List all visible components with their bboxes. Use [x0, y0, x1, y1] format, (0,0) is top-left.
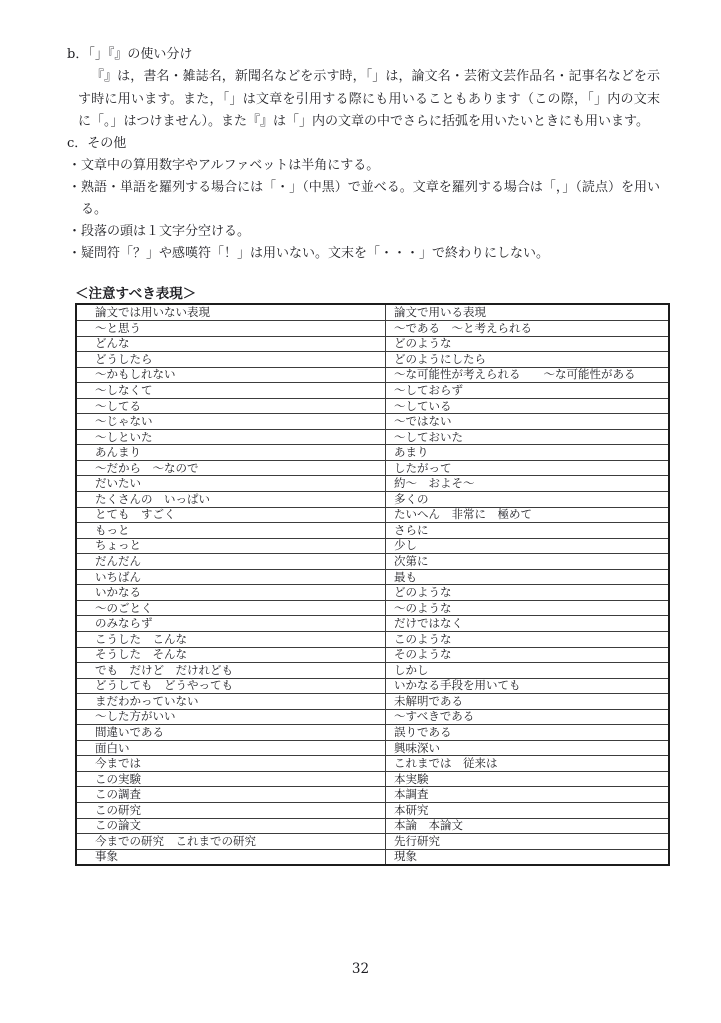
avoid-expression-cell: ～のごとく — [76, 600, 386, 616]
use-expression-cell: だけではなく — [386, 616, 670, 632]
avoid-expression-cell: どんな — [76, 336, 386, 352]
use-expression-cell: 多くの — [386, 492, 670, 508]
avoid-expression-cell: どうしても どうやっても — [76, 678, 386, 694]
use-expression-cell: ～な可能性が考えられる ～な可能性がある — [386, 367, 670, 383]
table-row: ～だから ～なのでしたがって — [76, 460, 669, 476]
use-expression-cell: このような — [386, 631, 670, 647]
section-b-paragraph: 『』は，書名・雑誌名，新聞名などを示す時，「」は，論文名・芸術文芸作品名・記事名… — [78, 66, 660, 133]
avoid-expression-cell: 事象 — [76, 849, 386, 865]
avoid-expression-cell: でも だけど だけれども — [76, 663, 386, 679]
table-row: この実験本実験 — [76, 771, 669, 787]
section-c-heading: c．その他 — [67, 133, 661, 155]
table-row: たくさんの いっぱい多くの — [76, 492, 669, 508]
avoid-expression-cell: たくさんの いっぱい — [76, 492, 386, 508]
bullet-item: ・疑問符「？」や感嘆符「！」は用いない。文末を「・・・」で終わりにしない。 — [68, 243, 660, 265]
avoid-expression-cell: だんだん — [76, 554, 386, 570]
table-row: いかなるどのような — [76, 585, 669, 601]
avoid-expression-cell: だいたい — [76, 476, 386, 492]
table-row: 面白い興味深い — [76, 740, 669, 756]
table-row: だいたい約～ およそ～ — [76, 476, 669, 492]
table-row: こうした こんなこのような — [76, 631, 669, 647]
use-expression-cell: ～である ～と考えられる — [386, 321, 670, 337]
bullet-item: ・熟語・単語を羅列する場合には「・」（中黒）で並べる。文章を羅列する場合は「，」… — [68, 177, 660, 221]
use-expression-cell: ～しておらず — [386, 383, 670, 399]
table-row: ～しなくて～しておらず — [76, 383, 669, 399]
use-expression-cell: したがって — [386, 460, 670, 476]
avoid-expression-cell: ちょっと — [76, 538, 386, 554]
table-row: この論文本論 本論文 — [76, 818, 669, 834]
table-row: ～した方がいい～すべきである — [76, 709, 669, 725]
use-expression-cell: ～ではない — [386, 414, 670, 430]
avoid-expression-cell: ～した方がいい — [76, 709, 386, 725]
table-row: ちょっと少し — [76, 538, 669, 554]
document-page: b．「」『』の使い分け 『』は，書名・雑誌名，新聞名などを示す時，「」は，論文名… — [0, 0, 721, 1023]
avoid-expression-cell: こうした こんな — [76, 631, 386, 647]
use-expression-cell: 誤りである — [386, 725, 670, 741]
table-row: 間違いである誤りである — [76, 725, 669, 741]
table-row: 今まではこれまでは 従来は — [76, 756, 669, 772]
use-expression-cell: どのような — [386, 585, 670, 601]
avoid-expression-cell: ～だから ～なので — [76, 460, 386, 476]
bullet-item: ・段落の頭は１文字分空ける。 — [68, 221, 660, 243]
avoid-expression-cell: この調査 — [76, 787, 386, 803]
section-b-heading: b．「」『』の使い分け — [67, 44, 661, 66]
table-row: とても すごくたいへん 非常に 極めて — [76, 507, 669, 523]
avoid-expression-cell: どうしたら — [76, 352, 386, 368]
avoid-expression-cell: ～してる — [76, 398, 386, 414]
avoid-expression-cell: もっと — [76, 523, 386, 539]
use-expression-cell: 本研究 — [386, 802, 670, 818]
use-expression-cell: 最も — [386, 569, 670, 585]
use-expression-cell: ～のような — [386, 600, 670, 616]
avoid-expression-cell: この研究 — [76, 802, 386, 818]
use-expression-cell: 次第に — [386, 554, 670, 570]
table-row: ～のごとく～のような — [76, 600, 669, 616]
use-expression-cell: 本論 本論文 — [386, 818, 670, 834]
use-expression-cell: 未解明である — [386, 694, 670, 710]
table-row: のみならずだけではなく — [76, 616, 669, 632]
page-content: b．「」『』の使い分け 『』は，書名・雑誌名，新聞名などを示す時，「」は，論文名… — [67, 44, 661, 866]
avoid-expression-cell: 今までは — [76, 756, 386, 772]
avoid-expression-cell: 今までの研究 これまでの研究 — [76, 834, 386, 850]
use-expression-cell: 少し — [386, 538, 670, 554]
avoid-expression-cell: 面白い — [76, 740, 386, 756]
table-row: 事象現象 — [76, 849, 669, 865]
bullet-item: ・文章中の算用数字やアルファベットは半角にする。 — [68, 155, 660, 177]
use-expression-cell: しかし — [386, 663, 670, 679]
table-row: この調査本調査 — [76, 787, 669, 803]
table-row: だんだん次第に — [76, 554, 669, 570]
table-row: ～と思う～である ～と考えられる — [76, 321, 669, 337]
use-expression-cell: 本実験 — [386, 771, 670, 787]
use-expression-cell: たいへん 非常に 極めて — [386, 507, 670, 523]
table-row: どうしても どうやってもいかなる手段を用いても — [76, 678, 669, 694]
avoid-expression-cell: あんまり — [76, 445, 386, 461]
page-number: 32 — [0, 961, 721, 977]
section-c-bullet-list: ・文章中の算用数字やアルファベットは半角にする。・熟語・単語を羅列する場合には「… — [67, 155, 660, 264]
table-row: どんなどのような — [76, 336, 669, 352]
column-header-use: 論文で用いる表現 — [386, 304, 670, 320]
avoid-expression-cell: いかなる — [76, 585, 386, 601]
table-title: ＜注意すべき表現＞ — [75, 286, 661, 302]
avoid-expression-cell: この論文 — [76, 818, 386, 834]
use-expression-cell: ～しておいた — [386, 429, 670, 445]
use-expression-cell: いかなる手段を用いても — [386, 678, 670, 694]
avoid-expression-cell: ～と思う — [76, 321, 386, 337]
use-expression-cell: さらに — [386, 523, 670, 539]
expressions-table: 論文では用いない表現 論文で用いる表現 ～と思う～である ～と考えられるどんなど… — [75, 303, 670, 866]
table-row: ～してる～している — [76, 398, 669, 414]
avoid-expression-cell: いちばん — [76, 569, 386, 585]
expressions-table-body: ～と思う～である ～と考えられるどんなどのようなどうしたらどのようにしたら～かも… — [76, 321, 669, 866]
column-header-avoid: 論文では用いない表現 — [76, 304, 386, 320]
table-row: この研究本研究 — [76, 802, 669, 818]
use-expression-cell: 約～ およそ～ — [386, 476, 670, 492]
use-expression-cell: ～している — [386, 398, 670, 414]
avoid-expression-cell: ～しなくて — [76, 383, 386, 399]
table-row: どうしたらどのようにしたら — [76, 352, 669, 368]
table-row: いちばん最も — [76, 569, 669, 585]
table-row: もっとさらに — [76, 523, 669, 539]
avoid-expression-cell: のみならず — [76, 616, 386, 632]
use-expression-cell: どのようにしたら — [386, 352, 670, 368]
table-row: でも だけど だけれどもしかし — [76, 663, 669, 679]
use-expression-cell: 先行研究 — [386, 834, 670, 850]
use-expression-cell: ～すべきである — [386, 709, 670, 725]
table-row: ～かもしれない～な可能性が考えられる ～な可能性がある — [76, 367, 669, 383]
table-row: まだわかっていない未解明である — [76, 694, 669, 710]
avoid-expression-cell: とても すごく — [76, 507, 386, 523]
table-row: そうした そんなそのような — [76, 647, 669, 663]
use-expression-cell: これまでは 従来は — [386, 756, 670, 772]
avoid-expression-cell: ～かもしれない — [76, 367, 386, 383]
use-expression-cell: 興味深い — [386, 740, 670, 756]
avoid-expression-cell: まだわかっていない — [76, 694, 386, 710]
avoid-expression-cell: ～しといた — [76, 429, 386, 445]
use-expression-cell: あまり — [386, 445, 670, 461]
use-expression-cell: 現象 — [386, 849, 670, 865]
table-row: ～しといた～しておいた — [76, 429, 669, 445]
use-expression-cell: そのような — [386, 647, 670, 663]
use-expression-cell: 本調査 — [386, 787, 670, 803]
avoid-expression-cell: ～じゃない — [76, 414, 386, 430]
avoid-expression-cell: そうした そんな — [76, 647, 386, 663]
table-row: あんまりあまり — [76, 445, 669, 461]
avoid-expression-cell: 間違いである — [76, 725, 386, 741]
table-row: 今までの研究 これまでの研究先行研究 — [76, 834, 669, 850]
table-header-row: 論文では用いない表現 論文で用いる表現 — [76, 304, 669, 320]
use-expression-cell: どのような — [386, 336, 670, 352]
table-row: ～じゃない～ではない — [76, 414, 669, 430]
avoid-expression-cell: この実験 — [76, 771, 386, 787]
